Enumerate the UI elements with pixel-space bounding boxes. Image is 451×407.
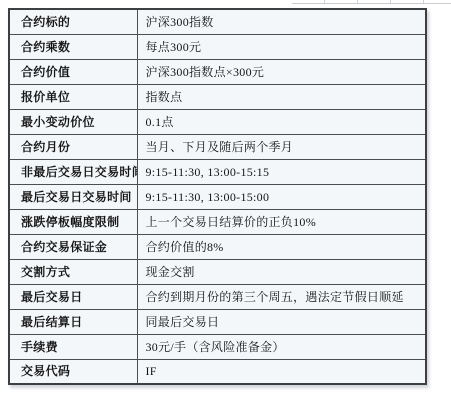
row-label: 交割方式	[9, 259, 137, 284]
row-value: 0.1点	[137, 109, 426, 134]
table-row: 报价单位 指数点	[9, 84, 426, 109]
row-value: 现金交割	[137, 259, 426, 284]
row-value: 9:15-11:30, 13:00-15:00	[137, 184, 426, 209]
row-value: 上一个交易日结算价的正负10%	[137, 209, 426, 234]
table-row: 最后交易日交易时间 9:15-11:30, 13:00-15:00	[9, 184, 426, 209]
row-label: 合约价值	[9, 59, 137, 84]
row-label: 最后交易日	[9, 284, 137, 309]
table-row: 交割方式 现金交割	[9, 259, 426, 284]
row-label: 交易代码	[9, 359, 137, 384]
row-label: 合约交易保证金	[9, 234, 137, 259]
row-label: 合约标的	[9, 9, 137, 34]
table-row: 合约价值 沪深300指数点×300元	[9, 59, 426, 84]
table-row: 最后结算日 同最后交易日	[9, 309, 426, 334]
row-value: 指数点	[137, 84, 426, 109]
row-value: 沪深300指数点×300元	[137, 59, 426, 84]
row-label: 最小变动价位	[9, 109, 137, 134]
table-row: 合约交易保证金 合约价值的8%	[9, 234, 426, 259]
table-row: 合约乘数 每点300元	[9, 34, 426, 59]
row-label: 合约乘数	[9, 34, 137, 59]
row-value: 同最后交易日	[137, 309, 426, 334]
row-label: 手续费	[9, 334, 137, 359]
table-row: 非最后交易日交易时间 9:15-11:30, 13:00-15:15	[9, 159, 426, 184]
row-value: 合约价值的8%	[137, 234, 426, 259]
contract-spec-table: 合约标的 沪深300指数 合约乘数 每点300元 合约价值 沪深300指数点×3…	[8, 8, 427, 385]
row-label: 最后结算日	[9, 309, 137, 334]
row-value: 沪深300指数	[137, 9, 426, 34]
row-value: 每点300元	[137, 34, 426, 59]
table-row: 合约标的 沪深300指数	[9, 9, 426, 34]
row-value: 9:15-11:30, 13:00-15:15	[137, 159, 426, 184]
row-label: 涨跌停板幅度限制	[9, 209, 137, 234]
row-value: 合约到期月份的第三个周五，遇法定节假日顺延	[137, 284, 426, 309]
cropped-table-edge-artifact	[292, 0, 451, 4]
row-value: IF	[137, 359, 426, 384]
row-label: 非最后交易日交易时间	[9, 159, 137, 184]
table-row: 最小变动价位 0.1点	[9, 109, 426, 134]
table-row: 合约月份 当月、下月及随后两个季月	[9, 134, 426, 159]
table-row: 最后交易日 合约到期月份的第三个周五，遇法定节假日顺延	[9, 284, 426, 309]
row-value: 30元/手（含风险准备金）	[137, 334, 426, 359]
table-row: 涨跌停板幅度限制 上一个交易日结算价的正负10%	[9, 209, 426, 234]
row-label: 合约月份	[9, 134, 137, 159]
row-label: 最后交易日交易时间	[9, 184, 137, 209]
row-label: 报价单位	[9, 84, 137, 109]
row-value: 当月、下月及随后两个季月	[137, 134, 426, 159]
table-row: 手续费 30元/手（含风险准备金）	[9, 334, 426, 359]
table-row: 交易代码 IF	[9, 359, 426, 384]
spec-table-body: 合约标的 沪深300指数 合约乘数 每点300元 合约价值 沪深300指数点×3…	[9, 9, 426, 384]
